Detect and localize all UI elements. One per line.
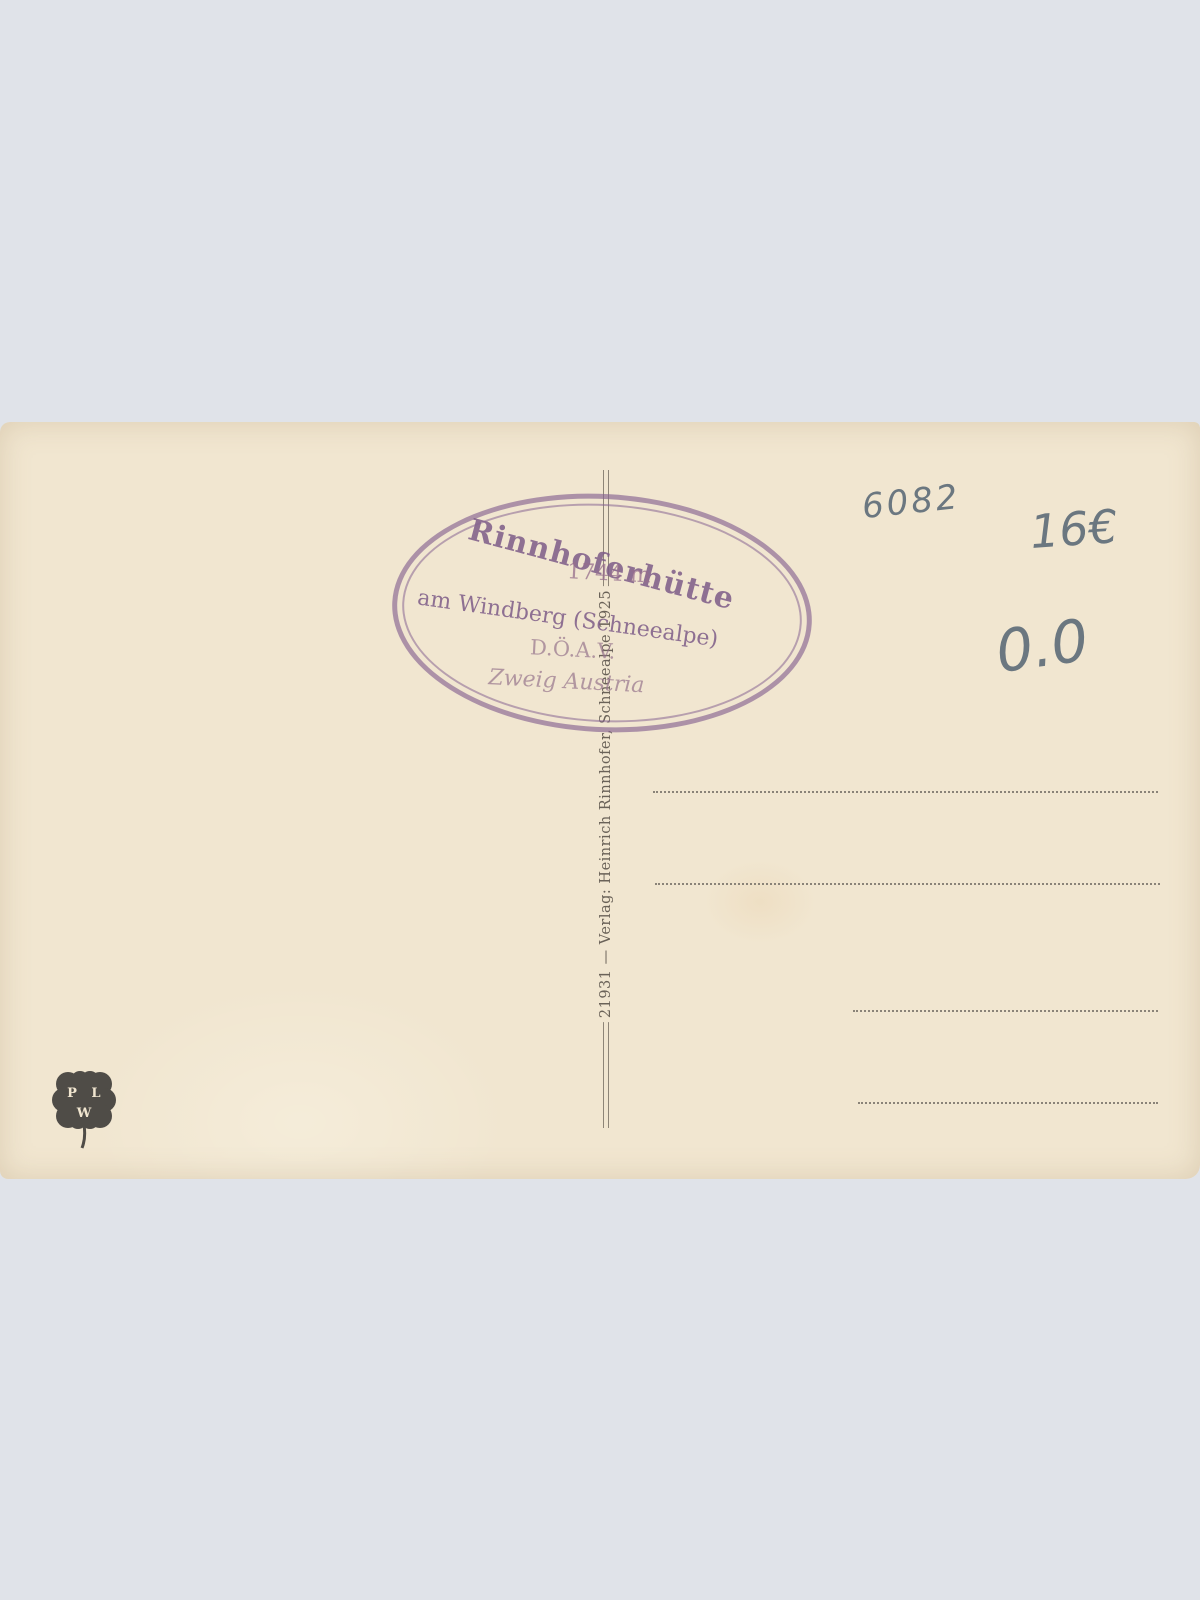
four-leaf-clover-icon: P L W <box>50 1070 118 1150</box>
stamp-altitude: 1744 m <box>566 559 651 588</box>
address-line <box>853 1010 1158 1012</box>
hut-rubber-stamp: Rinnhoferhütte 1744 m am Windberg (Schne… <box>386 483 818 743</box>
svg-text:L: L <box>91 1086 100 1101</box>
address-line <box>653 791 1158 793</box>
stamp-branch: Zweig Austria <box>488 665 645 698</box>
handwritten-price: 16€ <box>1028 499 1119 559</box>
svg-text:P: P <box>67 1086 77 1101</box>
address-line <box>655 883 1160 885</box>
handwritten-reference-number: 6082 <box>860 477 962 527</box>
stamp-location: am Windberg (Schneealpe) <box>416 585 720 652</box>
address-line <box>858 1102 1158 1104</box>
stamp-club: D.Ö.A.V. <box>529 635 616 663</box>
svg-text:W: W <box>76 1106 92 1121</box>
postcard-back: 21931 — Verlag: Heinrich Rinnhofer, Schn… <box>0 422 1200 1179</box>
publisher-logo: P L W <box>50 1070 118 1150</box>
handwritten-grade: 0.0 <box>992 606 1093 686</box>
stamp-title: Rinnhoferhütte <box>465 513 739 618</box>
